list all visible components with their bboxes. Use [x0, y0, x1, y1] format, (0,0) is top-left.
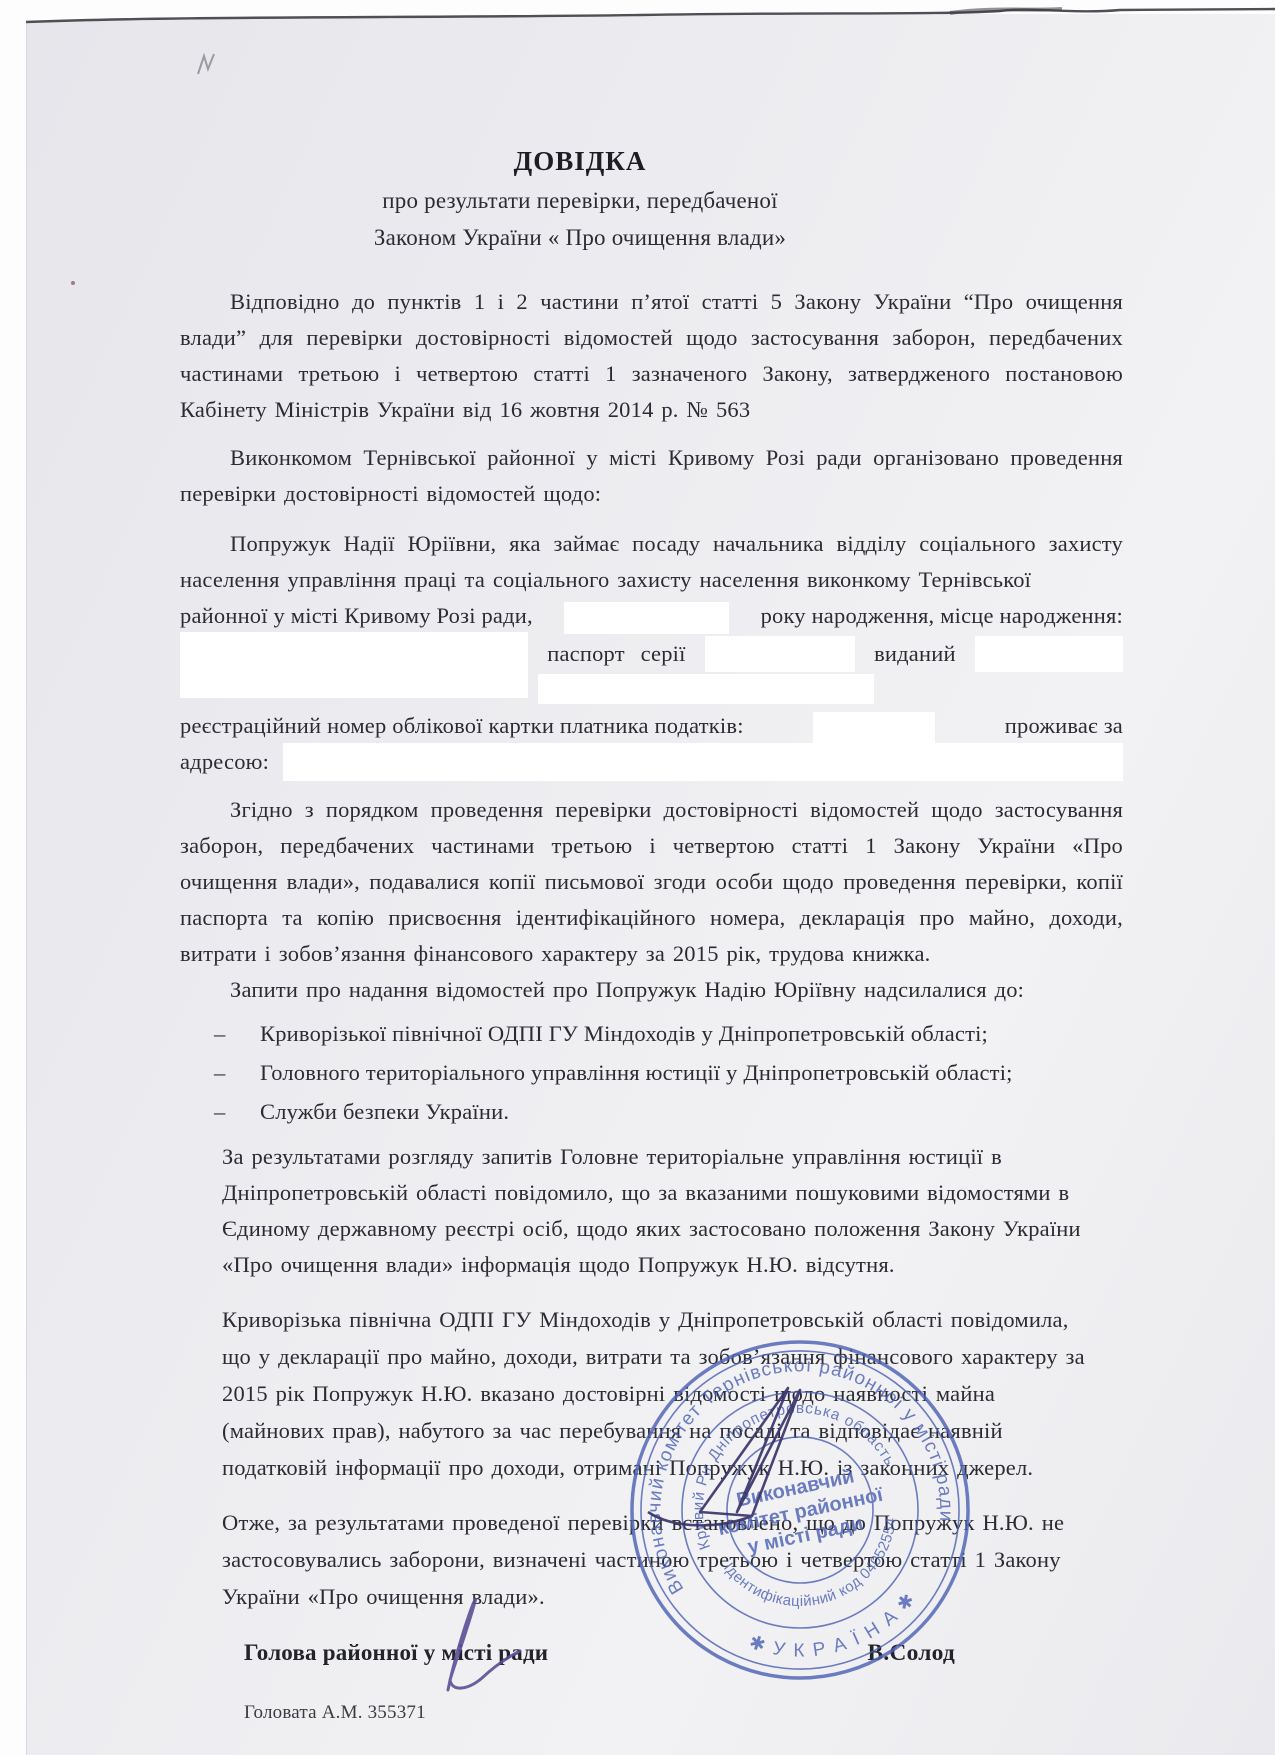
text-birth: року народження, місце народження:: [761, 598, 1123, 634]
title-block: ДОВІДКА про результати перевірки, передб…: [180, 140, 980, 256]
list-item: – Служби безпеки України.: [214, 1092, 1123, 1131]
redaction-box: [975, 636, 1123, 672]
paragraph-organizer: Виконкомом Тернівської районної у місті …: [180, 440, 1123, 512]
redacted-line-address: адресою:: [180, 744, 1123, 780]
text-taxnumber: реєстраційний номер облікової картки пла…: [180, 708, 744, 744]
request-list: – Криворізької північної ОДПІ ГУ Міндохо…: [214, 1014, 1123, 1131]
redaction-box: [564, 602, 729, 634]
signature-row: Голова районної у місті ради В.Солод: [244, 1635, 1123, 1671]
list-item-text: Служби безпеки України.: [260, 1092, 509, 1131]
list-item-text: Головного територіального управління юст…: [260, 1053, 1013, 1092]
signer-name: В.Солод: [867, 1635, 955, 1671]
list-dash: –: [214, 1053, 260, 1092]
paper-edge-shadow: [950, 9, 1062, 13]
redacted-line-blank: [180, 674, 1123, 704]
text-passport: паспорт серії: [547, 636, 685, 672]
document-subtitle-2: Законом України « Про очищення влади»: [180, 219, 980, 256]
paragraph-order: Згідно з порядком проведення перевірки д…: [180, 792, 1123, 972]
paragraph-justice-reply: За результатами розгляду запитів Головне…: [222, 1139, 1107, 1283]
redaction-box: [538, 674, 874, 704]
text-address: адресою:: [180, 744, 269, 780]
paragraph-requests: Запити про надання відомостей про Попруж…: [180, 972, 1123, 1008]
redaction-box: [705, 636, 855, 672]
redaction-box: [283, 743, 1123, 781]
redaction-box: [813, 712, 935, 744]
text-residence: проживає за: [1005, 708, 1123, 744]
document-title: ДОВІДКА: [180, 140, 980, 182]
list-dash: –: [214, 1014, 260, 1053]
list-item: – Криворізької північної ОДПІ ГУ Міндохо…: [214, 1014, 1123, 1053]
signer-role: Голова районної у місті ради: [244, 1635, 548, 1671]
redacted-line-taxnumber: реєстраційний номер облікової картки пла…: [180, 708, 1123, 744]
list-item: – Головного територіального управління ю…: [214, 1053, 1123, 1092]
list-dash: –: [214, 1092, 260, 1131]
document-body: ДОВІДКА про результати перевірки, передб…: [180, 140, 1123, 1731]
text-rada: районної у місті Кривому Розі ради,: [180, 598, 533, 634]
redacted-line-birth: районної у місті Кривому Розі ради, року…: [180, 598, 1123, 634]
paragraph-taxoffice-reply: Криворізька північна ОДПІ ГУ Міндоходів …: [222, 1301, 1090, 1486]
document-subtitle-1: про результати перевірки, передбаченої: [180, 182, 980, 219]
clerk-reference: Головата А.М. 355371: [244, 1695, 1123, 1731]
paragraph-person: Попружук Надії Юріївни, яка займає посад…: [180, 526, 1123, 598]
paragraph-conclusion: Отже, за результатами проведеної перевір…: [222, 1504, 1122, 1615]
redaction-box: [180, 668, 528, 698]
list-item-text: Криворізької північної ОДПІ ГУ Міндоході…: [260, 1014, 988, 1053]
paragraph-intro: Відповідно до пунктів 1 і 2 частини п’ят…: [180, 284, 1123, 428]
text-issued: виданий: [874, 636, 956, 672]
